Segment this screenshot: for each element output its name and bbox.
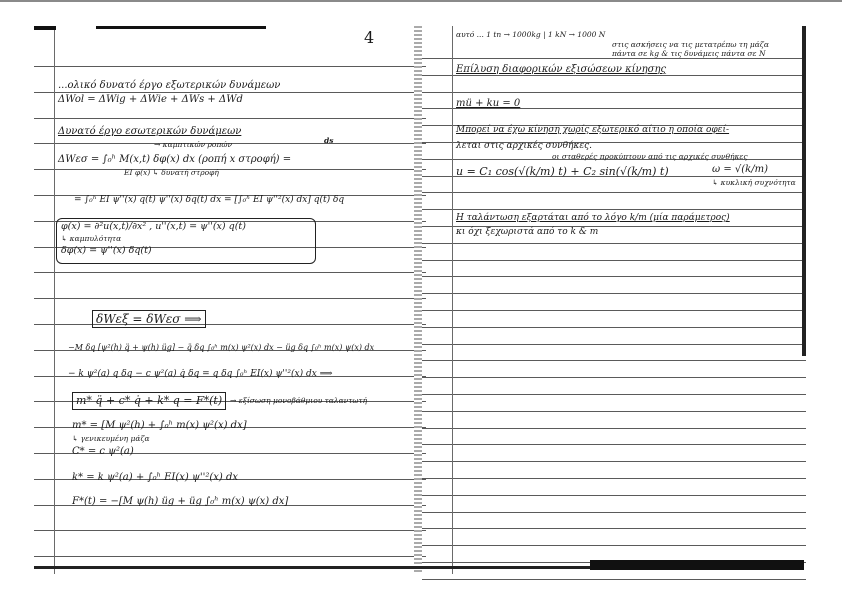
ruled-line: [422, 444, 806, 445]
ruled-line: [422, 344, 806, 345]
ruled-line: [422, 579, 806, 580]
scan-right-edge: [802, 26, 806, 356]
ruled-line: [422, 243, 806, 244]
heading-internal-virtual-work: Δυνατό έργο εσωτερικών δυνάμεων: [58, 126, 241, 138]
ruled-line: [422, 478, 806, 479]
annotation-curvature: ↳ καμπυλότητα: [61, 234, 121, 243]
ruled-line: [34, 298, 426, 299]
equation-work-equality: δWεξ = δWεσ ⟹: [92, 310, 206, 328]
annotation-bending-moments: → καμπτικών ροπών: [154, 140, 232, 149]
curvature-definition-box: φ(x) = ∂²u(x,t)/∂x² , u''(x,t) = ψ''(x) …: [56, 218, 316, 264]
equation-free-vibration: mü + ku = 0: [456, 98, 520, 110]
equation-curvature: φ(x) = ∂²u(x,t)/∂x² , u''(x,t) = ψ''(x) …: [61, 221, 246, 233]
page-number: 4: [364, 32, 374, 44]
annotation-angular-frequency: ↳ κυκλική συχνότητα: [712, 178, 796, 187]
ruled-line: [34, 556, 426, 557]
ruled-line: [422, 461, 806, 462]
unit-conversion-note: αυτό ... 1 tn → 1000kg | 1 kN → 1000 N: [456, 30, 605, 39]
ruled-line: [422, 360, 806, 361]
ruled-line: [422, 293, 806, 294]
equation-generalized-mass: m* = [M ψ²(h) + ∫₀ʰ m(x) ψ²(x) dx]: [72, 420, 247, 432]
equation-generalized-force: F*(t) = −[M ψ(h) üg + üg ∫₀ʰ m(x) ψ(x) d…: [72, 496, 288, 508]
equation-angular-frequency: ω = √(k/m): [712, 164, 768, 176]
annotation-generalized-mass: ↳ γενικευμένη μάζα: [72, 434, 150, 443]
scan-top-edge: [0, 0, 842, 2]
equation-expansion-2: − k ψ²(a) q δq − c ψ²(a) q̇ δq = q δq ∫₀…: [68, 368, 333, 380]
ruled-line: [422, 260, 806, 261]
ruled-line: [422, 327, 806, 328]
ruled-line: [34, 66, 426, 67]
notebook-spine: [414, 26, 422, 574]
ruled-line: [422, 310, 806, 311]
ruled-line: [34, 530, 426, 531]
annotation-sdof-oscillator: → εξίσωση μονοβάθμιου ταλαντωτή: [230, 396, 367, 405]
annotation-virtual-rotation: EI φ(x) ↳ δυνατή στροφή: [124, 168, 219, 177]
ruled-line: [422, 512, 806, 513]
equation-virtual-curvature: δφ(x) = ψ''(x) δq(t): [61, 245, 152, 257]
ruled-line: [34, 118, 426, 119]
ruled-line: [422, 276, 806, 277]
equation-expanded-integral: = ∫₀ʰ EI ψ''(x) q(t) ψ''(x) δq(t) dx = […: [74, 194, 344, 206]
equation-expansion-1: −M δq [ψ²(h) q̈ + ψ(h) üg] − q̈ δq ∫₀ʰ m…: [68, 342, 374, 354]
scribble-stamp: ds: [324, 136, 333, 145]
margin-line: [54, 26, 55, 574]
ruled-line: [422, 495, 806, 496]
ruled-line: [34, 272, 426, 273]
ruled-line: [422, 92, 806, 93]
heading-total-virtual-work: ...ολικό δυνατό έργο εξωτερικών δυνάμεων: [58, 80, 280, 92]
heading-solving-equations: Επίλυση διαφορικών εξισώσεων κίνησης: [456, 64, 666, 76]
text-free-vibration-1: Μπορεί να έχω κίνηση χωρίς εξωτερικό αίτ…: [456, 124, 729, 136]
notebook-page-right: αυτό ... 1 tn → 1000kg | 1 kN → 1000 N σ…: [422, 26, 806, 574]
ruled-line: [422, 394, 806, 395]
equation-generalized-damping: C* = c ψ²(a): [72, 446, 134, 458]
text-free-vibration-2: λεται στις αρχικές συνθήκες.: [456, 140, 592, 152]
ruled-line: [422, 377, 806, 378]
equation-general-solution: u = C₁ cos(√(k/m) t) + C₂ sin(√(k/m) t): [456, 166, 669, 178]
equation-sdof: m* q̈ + c* q̇ + k* q = F*(t): [72, 392, 226, 410]
text-ratio-dependence-1: Η ταλάντωση εξαρτάται από το λόγο k/m (μ…: [456, 212, 730, 224]
annotation-constants: οι σταθερές προκύπτουν από τις αρχικές σ…: [552, 152, 748, 161]
ruled-line: [422, 209, 806, 210]
scan-artifact: [34, 26, 56, 30]
unit-conversion-reminder: στις ασκήσεις να τις μετατρέπω τη μάζα π…: [612, 40, 792, 58]
text-ratio-dependence-2: κι όχι ξεχωριστά από το k & m: [456, 226, 598, 238]
scan-artifact: [96, 26, 266, 29]
ruled-line: [422, 58, 806, 59]
notebook-page-left: 4 ...ολικό δυνατό έργο εξωτερικών δυνάμε…: [34, 26, 426, 574]
margin-line: [452, 26, 453, 574]
ruled-line: [422, 192, 806, 193]
ruled-line: [34, 169, 426, 170]
equation-generalized-stiffness: k* = k ψ²(a) + ∫₀ʰ EI(x) ψ''²(x) dx: [72, 472, 238, 484]
equation-total-work: ΔWol = ΔWig + ΔWie + ΔWs + ΔWd: [58, 94, 243, 106]
ruled-line: [422, 545, 806, 546]
equation-internal-work: ΔWεσ = ∫₀ʰ M(x,t) δφ(x) dx (ροπή x στροφ…: [58, 154, 291, 166]
ruled-line: [422, 528, 806, 529]
ruled-line: [422, 411, 806, 412]
scan-bottom-shadow: [590, 560, 804, 570]
ruled-line: [422, 428, 806, 429]
